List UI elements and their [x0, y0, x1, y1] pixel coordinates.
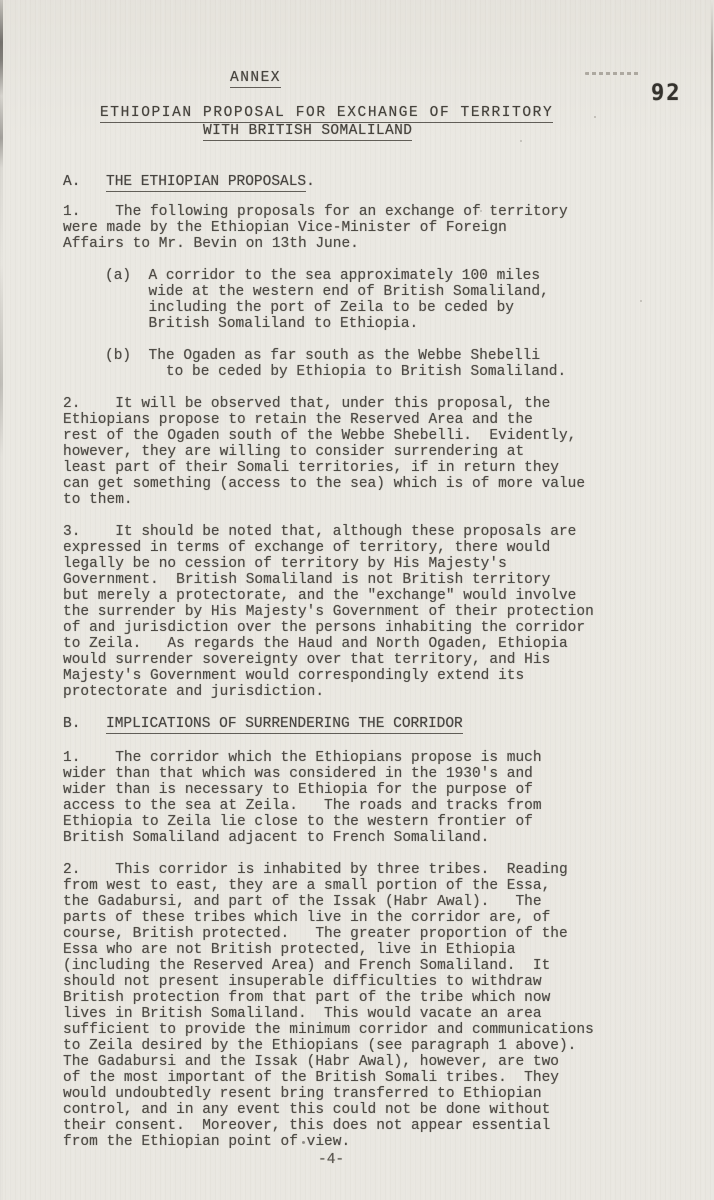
document-title: ETHIOPIAN PROPOSAL FOR EXCHANGE OF TERRI…: [63, 105, 694, 141]
paragraph-a2: 2. It will be observed that, under this …: [63, 396, 694, 508]
section-b-label: B.: [63, 716, 106, 734]
footer-page-number: -4-: [318, 1152, 344, 1168]
section-b-heading-text: IMPLICATIONS OF SURRENDERING THE CORRIDO…: [106, 716, 463, 734]
section-a-heading-underlined: THE ETHIOPIAN PROPOSALS: [106, 174, 306, 192]
section-a-heading-text: THE ETHIOPIAN PROPOSALS.: [106, 174, 315, 192]
paragraph-a3: 3. It should be noted that, although the…: [63, 524, 694, 700]
paragraph-b2: 2. This corridor is inhabited by three t…: [63, 862, 694, 1150]
title-line-1: ETHIOPIAN PROPOSAL FOR EXCHANGE OF TERRI…: [100, 105, 553, 123]
section-a-heading-suffix: .: [306, 174, 315, 190]
title-line-2: WITH BRITISH SOMALILAND: [203, 123, 412, 141]
list-item-b: (b) The Ogaden as far south as the Webbe…: [63, 348, 694, 380]
paragraph-b1: 1. The corridor which the Ethiopians pro…: [63, 750, 694, 846]
section-b-heading-underlined: IMPLICATIONS OF SURRENDERING THE CORRIDO…: [106, 716, 463, 734]
footer: -4-: [63, 1152, 694, 1168]
paragraph-a1: 1. The following proposals for an exchan…: [63, 204, 694, 252]
title-line-1-wrap: ETHIOPIAN PROPOSAL FOR EXCHANGE OF TERRI…: [63, 105, 694, 123]
document-page: ANNEX ETHIOPIAN PROPOSAL FOR EXCHANGE OF…: [0, 0, 714, 1168]
title-line-2-wrap: WITH BRITISH SOMALILAND: [63, 123, 694, 141]
section-b-heading: B. IMPLICATIONS OF SURRENDERING THE CORR…: [63, 716, 694, 734]
section-a-heading: A. THE ETHIOPIAN PROPOSALS.: [63, 174, 694, 192]
annex-heading-line: ANNEX: [63, 70, 694, 88]
annex-label: ANNEX: [230, 70, 281, 88]
section-a-label: A.: [63, 174, 106, 192]
list-item-a: (a) A corridor to the sea approximately …: [63, 268, 694, 332]
